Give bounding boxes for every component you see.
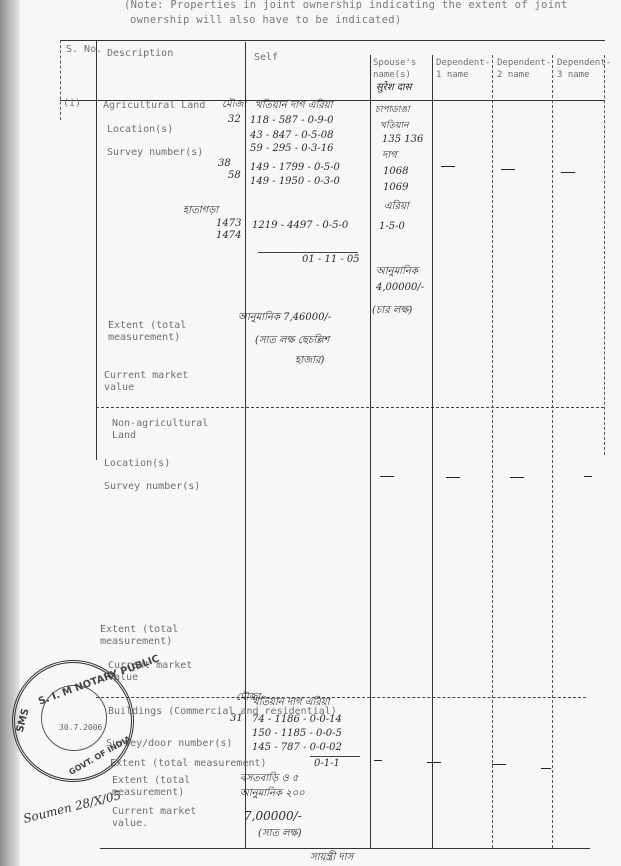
self-entry: বসতবাড়ি ও ৫ <box>240 773 298 785</box>
margin-note: 38 <box>218 158 231 170</box>
stamp-date: 30.7.2006 <box>59 723 102 732</box>
spouse-entry: আনুমানিক <box>376 266 418 278</box>
margin-note: হাতাগড়া <box>183 205 218 217</box>
self-entry: 1219 - 4497 - 0-5-0 <box>252 220 348 232</box>
spouse-entry: এরিয়া <box>384 201 409 213</box>
margin-note: 1473 <box>216 218 241 230</box>
spouse-entry-value-words: (চার লক্ষ) <box>372 305 412 317</box>
underline <box>258 252 358 253</box>
spouse-entry: 135 136 <box>382 134 423 146</box>
col-line-6 <box>552 55 553 848</box>
table-top-border <box>60 40 605 41</box>
item-label: Agricultural Land <box>103 100 205 112</box>
notary-stamp: S. I. M NOTARY PUBLIC SMS GOVT. OF INDIA… <box>12 660 134 782</box>
spouse-nil-mark <box>374 760 382 761</box>
col-header-sno: S. No. <box>66 44 102 56</box>
item-label: Current market value. <box>112 806 232 830</box>
self-entry: 149 - 1799 - 0-5-0 <box>250 162 340 174</box>
serial-number: (i) <box>63 98 81 110</box>
col-line-7 <box>604 55 605 455</box>
margin-note: 32 <box>228 114 241 126</box>
item-label: Extent (total measurement) <box>110 758 267 770</box>
self-entry: খতিয়ান দাগ এরিয়া <box>252 697 330 709</box>
dependent-2-nil-mark <box>501 169 515 170</box>
self-entry-value-words: হাজার) <box>295 355 324 367</box>
spouse-nil-mark <box>380 476 394 477</box>
self-entry: 145 - 787 - 0-0-02 <box>252 742 342 754</box>
col-line-0 <box>60 40 61 120</box>
item-label: Location(s) <box>107 124 173 136</box>
spouse-entry: দাগ <box>382 150 397 162</box>
col-header-spouse: Spouse's name(s) <box>373 57 431 81</box>
col-line-3 <box>370 55 371 848</box>
item-label: Survey number(s) <box>104 481 200 493</box>
dependent-3-nil-mark <box>584 476 592 477</box>
header-note-line-1: (Note: Properties in joint ownership ind… <box>124 0 604 13</box>
self-entry-date: 01 - 11 - 05 <box>302 254 360 266</box>
col-header-description: Description <box>107 48 173 60</box>
item-label: Location(s) <box>104 458 170 470</box>
item-label: Survey number(s) <box>107 147 203 159</box>
item-label: Non-agricultural Land <box>112 418 232 442</box>
self-entry: 43 - 847 - 0-5-08 <box>250 130 334 142</box>
dependent-3-nil-mark <box>541 768 551 769</box>
self-entry-value-words: (সাত লক্ষ ছেচল্লিশ <box>255 335 329 347</box>
item-label: Current market value <box>104 370 214 394</box>
dependent-1-nil-mark <box>446 477 460 478</box>
dependent-1-nil-mark <box>441 166 455 167</box>
underline <box>310 756 360 757</box>
col-line-4 <box>432 55 433 848</box>
spouse-entry: 1069 <box>383 182 408 194</box>
self-entry: 0-1-1 <box>314 758 340 770</box>
col-header-self: Self <box>254 52 278 64</box>
margin-note: মৌজা <box>222 99 246 111</box>
col-header-dependent-1: Dependent-1 name <box>436 57 490 81</box>
self-entry: আনুমানিক ২০০ <box>240 788 305 800</box>
stamp-side-text: SMS <box>15 707 32 733</box>
dependent-3-nil-mark <box>561 172 575 173</box>
signature: Soumen 28/X/05 <box>22 788 123 826</box>
dependent-2-nil-mark <box>492 764 506 765</box>
self-entry: 59 - 295 - 0-3-16 <box>250 143 334 155</box>
col-header-dependent-2: Dependent-2 name <box>497 57 551 81</box>
spouse-entry-value: 4,00000/- <box>376 282 424 294</box>
margin-note: 31 <box>230 713 243 725</box>
spouse-entry: খতিয়ান <box>380 120 409 132</box>
self-entry: 150 - 1185 - 0-0-5 <box>252 728 342 740</box>
section-divider-1 <box>96 407 604 408</box>
margin-note: 1474 <box>216 230 241 242</box>
spouse-name-handwritten: सुरेश दास <box>376 82 412 94</box>
self-entry-value-words: (সাত লক্ষ) <box>258 828 302 840</box>
header-note: (Note: Properties in joint ownership ind… <box>124 0 604 28</box>
section-divider-2 <box>96 697 586 698</box>
dependent-1-nil-mark <box>427 762 441 763</box>
col-header-dependent-3: Dependent-3 name <box>557 57 605 81</box>
col-line-1 <box>96 40 97 460</box>
spouse-entry: 1068 <box>383 166 408 178</box>
footer-note: সায়ন্ত্রী দাস <box>310 852 353 864</box>
item-label: Extent (total measurement) <box>112 775 232 799</box>
item-label: Extent (total measurement) <box>108 320 228 344</box>
col-line-2 <box>245 42 246 848</box>
self-entry: 118 - 587 - 0-9-0 <box>250 115 334 127</box>
self-entry-value: 7,00000/- <box>244 810 302 822</box>
self-entry: খতিয়ান দাগ এরিয়া <box>255 100 333 112</box>
dependent-2-nil-mark <box>510 477 524 478</box>
margin-note: 58 <box>228 170 241 182</box>
col-line-5 <box>492 55 493 848</box>
spouse-entry: 1-5-0 <box>379 221 405 233</box>
self-entry-value: আনুমানিক 7,46000/- <box>238 312 331 324</box>
item-label: Extent (total measurement) <box>100 624 220 648</box>
self-entry: 74 - 1186 - 0-0-14 <box>252 714 342 726</box>
self-entry: 149 - 1950 - 0-3-0 <box>250 176 340 188</box>
table-bottom-border <box>100 848 590 849</box>
header-note-line-2: ownership will also have to be indicated… <box>124 13 604 28</box>
spouse-entry: চাপাডাঙা <box>375 104 410 116</box>
